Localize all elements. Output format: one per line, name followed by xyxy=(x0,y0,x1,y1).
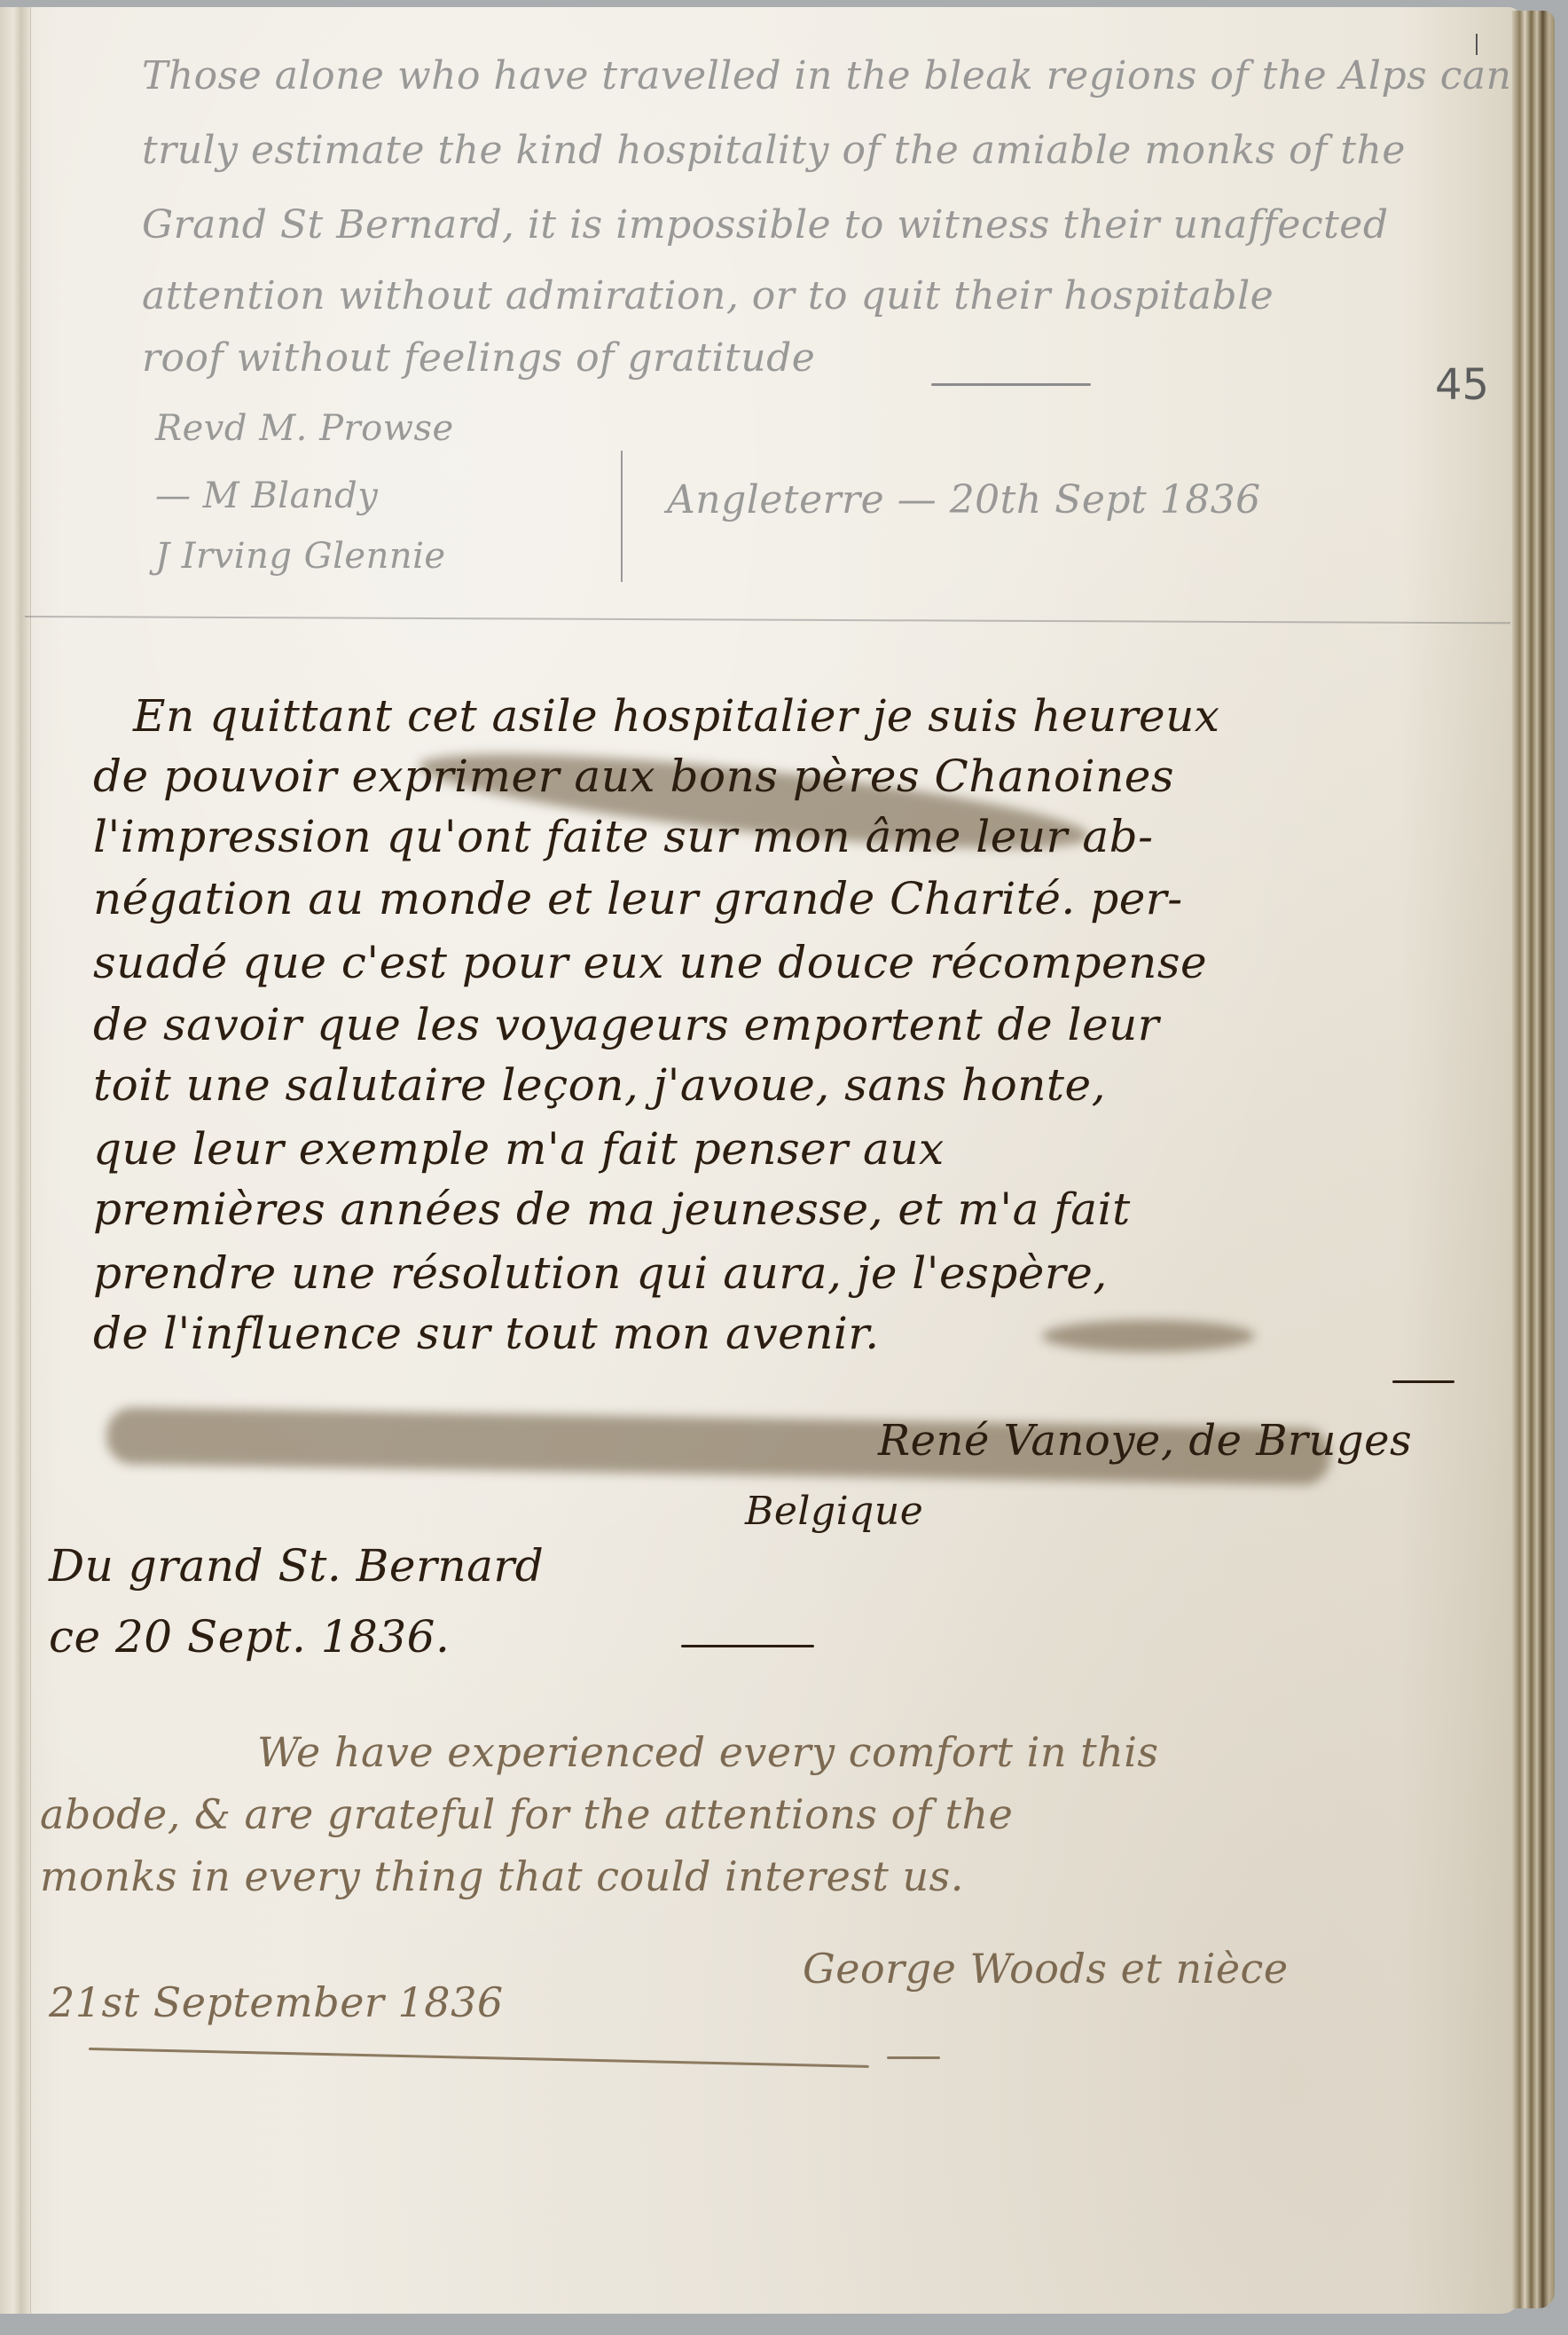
closing-dash xyxy=(931,383,1091,386)
entry-2-line: négation au monde et leur grande Charité… xyxy=(93,873,1183,924)
closing-dash xyxy=(1392,1380,1454,1383)
signatory-name: J Irving Glennie xyxy=(155,536,446,577)
page-number: 45 xyxy=(1435,360,1489,410)
entry-2-place: Du grand St. Bernard xyxy=(49,1540,544,1592)
entry-2-line: prendre une résolution qui aura, je l'es… xyxy=(93,1247,1108,1299)
entry-2-line: de pouvoir exprimer aux bons pères Chano… xyxy=(93,751,1174,802)
entry-2-country: Belgique xyxy=(745,1489,923,1534)
entry-2-line: l'impression qu'ont faite sur mon âme le… xyxy=(93,811,1154,862)
entry-3-line: abode, & are grateful for the attentions… xyxy=(40,1790,1013,1838)
entry-3-signature: George Woods et nièce xyxy=(803,1945,1289,1993)
entry-divider-line xyxy=(25,616,1510,624)
entry-2-date: ce 20 Sept. 1836. xyxy=(49,1611,450,1663)
entry-2-line: toit une salutaire leçon, j'avoue, sans … xyxy=(93,1059,1106,1111)
entry-3-date: 21st September 1836 xyxy=(49,1978,504,2026)
closing-flourish-line xyxy=(89,2048,869,2068)
top-corner-mark xyxy=(1476,34,1478,55)
closing-squiggle xyxy=(887,2056,940,2059)
entry-1-line: roof without feelings of gratitude xyxy=(142,335,815,381)
entry-1-line: Those alone who have travelled in the bl… xyxy=(142,53,1511,98)
page-edge-stack xyxy=(1512,11,1555,2308)
closing-dash xyxy=(681,1645,814,1647)
scan-background: Those alone who have travelled in the bl… xyxy=(0,0,1568,2335)
manuscript-page: Those alone who have travelled in the bl… xyxy=(0,7,1521,2314)
entry-2-line: suadé que c'est pour eux une douce récom… xyxy=(93,937,1207,988)
entry-2-line: premières années de ma jeunesse, et m'a … xyxy=(93,1183,1131,1235)
entry-2-line: que leur exemple m'a fait penser aux xyxy=(93,1123,945,1175)
page-gutter xyxy=(0,7,31,2314)
signatory-name: Revd M. Prowse xyxy=(155,408,454,449)
entry-2-signature: René Vanoye, de Bruges xyxy=(878,1416,1412,1466)
entry-3-line: monks in every thing that could interest… xyxy=(40,1852,964,1900)
entry-1-line: attention without admiration, or to quit… xyxy=(142,273,1274,318)
entry-2-line: En quittant cet asile hospitalier je sui… xyxy=(133,690,1220,742)
entry-1-line: Grand St Bernard, it is impossible to wi… xyxy=(142,202,1388,248)
ink-stain xyxy=(1042,1320,1255,1352)
entry-2-line: de savoir que les voyageurs emportent de… xyxy=(93,999,1159,1050)
entry-1-line: truly estimate the kind hospitality of t… xyxy=(142,128,1406,173)
signatory-name: — M Blandy xyxy=(155,476,378,516)
signatory-brace xyxy=(621,451,626,582)
entry-3-line: We have experienced every comfort in thi… xyxy=(257,1728,1159,1776)
entry-2-line: de l'influence sur tout mon avenir. xyxy=(93,1308,880,1359)
entry-1-place-date: Angleterre — 20th Sept 1836 xyxy=(667,477,1261,523)
